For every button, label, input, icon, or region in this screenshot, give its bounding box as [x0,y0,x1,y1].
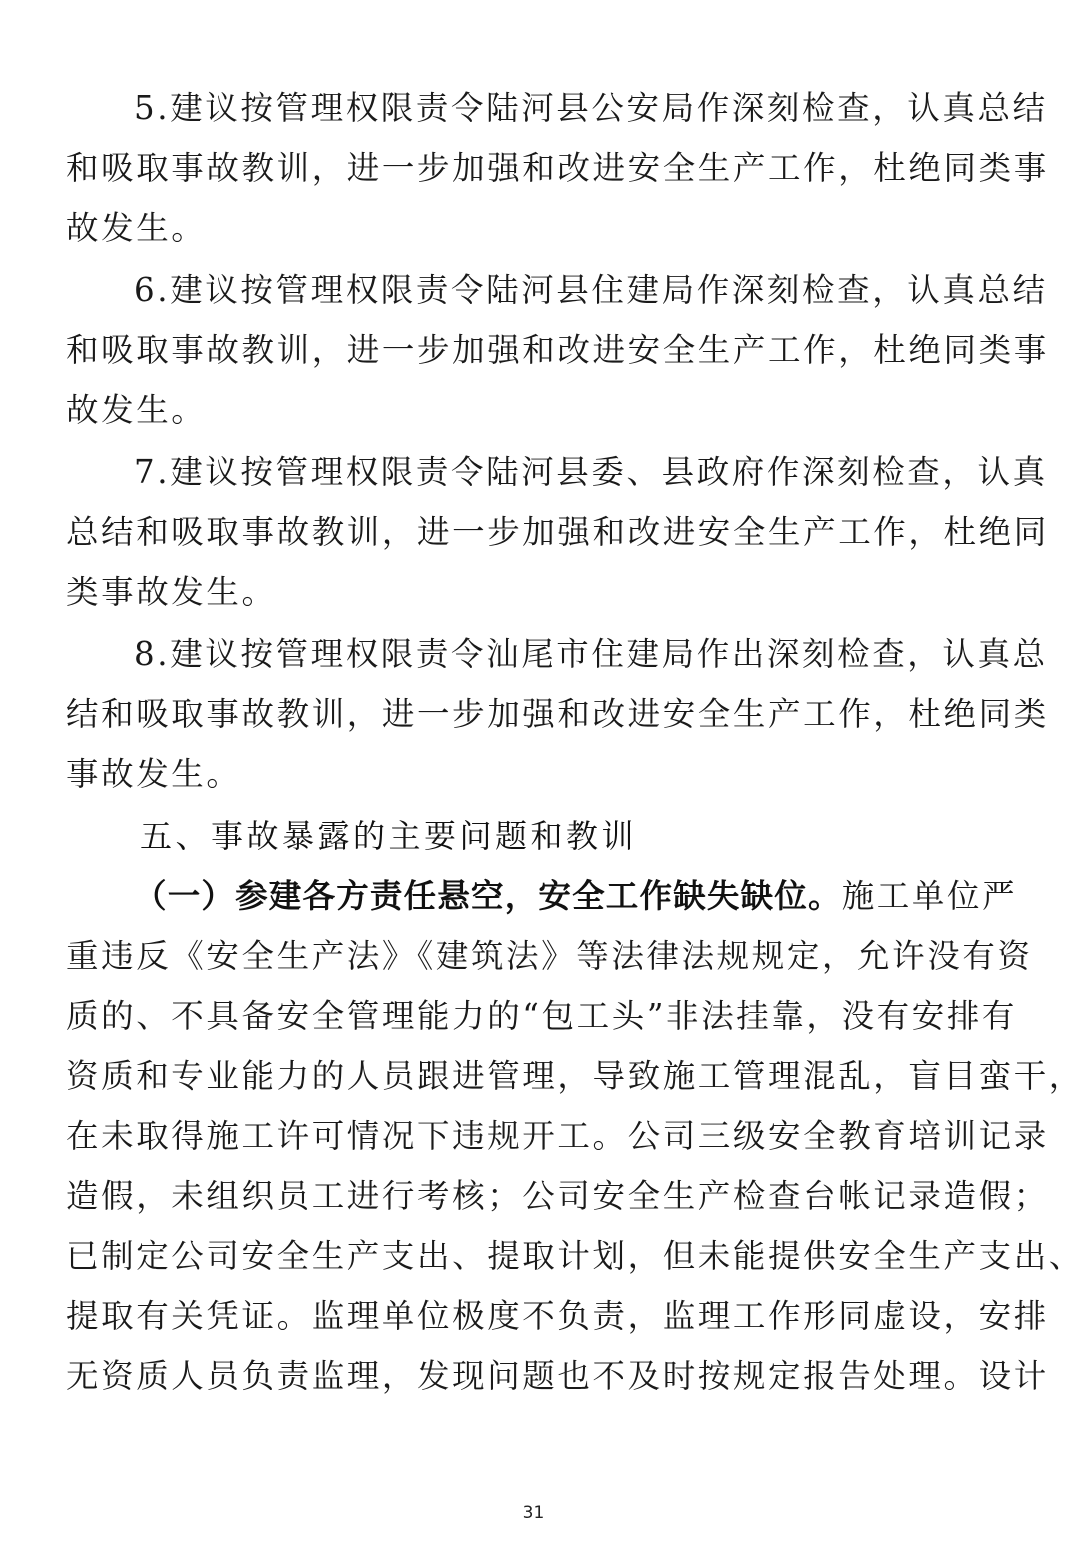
paragraph-item-7-line-1: 7.建议按管理权限责令陆河县委、县政府作深刻检查，认真 [134,450,1014,494]
subsection-line-9: 无资质人员负责监理，发现问题也不及时按规定报告处理。设计 [66,1354,1014,1398]
document-page: 5.建议按管理权限责令陆河县公安局作深刻检查，认真总结 和吸取事故教训，进一步加… [0,0,1067,1543]
subsection-line-8: 提取有关凭证。监理单位极度不负责，监理工作形同虚设，安排 [66,1294,1014,1338]
paragraph-item-5-line-1: 5.建议按管理权限责令陆河县公安局作深刻检查，认真总结 [134,86,1014,130]
subsection-line-4: 资质和专业能力的人员跟进管理，导致施工管理混乱，盲目蛮干， [66,1054,1014,1098]
subsection-first-line: （一）参建各方责任悬空，安全工作缺失缺位。施工单位严 [134,874,1014,918]
subsection-first-line-rest: 施工单位严 [842,877,1018,915]
subsection-line-2: 重违反《安全生产法》《建筑法》等法律法规规定，允许没有资 [66,934,1014,978]
paragraph-item-8-line-3: 事故发生。 [66,752,1014,796]
paragraph-item-7-line-2: 总结和吸取事故教训，进一步加强和改进安全生产工作，杜绝同 [66,510,1014,554]
subsection-line-7: 已制定公司安全生产支出、提取计划，但未能提供安全生产支出、 [66,1234,1014,1278]
subsection-line-3: 质的、不具备安全管理能力的“包工头”非法挂靠，没有安排有 [66,994,1014,1038]
paragraph-item-7-line-3: 类事故发生。 [66,570,1014,614]
paragraph-item-5-line-3: 故发生。 [66,206,1014,250]
section-heading: 五、事故暴露的主要问题和教训 [140,814,637,858]
subsection-bold-lead: （一）参建各方责任悬空，安全工作缺失缺位。 [134,877,842,915]
paragraph-item-8-line-2: 结和吸取事故教训，进一步加强和改进安全生产工作，杜绝同类 [66,692,1014,736]
paragraph-item-8-line-1: 8.建议按管理权限责令汕尾市住建局作出深刻检查，认真总 [134,632,1014,676]
page-number: 31 [0,1503,1067,1523]
paragraph-item-6-line-2: 和吸取事故教训，进一步加强和改进安全生产工作，杜绝同类事 [66,328,1014,372]
paragraph-item-6-line-3: 故发生。 [66,388,1014,432]
subsection-line-6: 造假，未组织员工进行考核；公司安全生产检查台帐记录造假； [66,1174,1014,1218]
paragraph-item-5-line-2: 和吸取事故教训，进一步加强和改进安全生产工作，杜绝同类事 [66,146,1014,190]
paragraph-item-6-line-1: 6.建议按管理权限责令陆河县住建局作深刻检查，认真总结 [134,268,1014,312]
subsection-line-5: 在未取得施工许可情况下违规开工。公司三级安全教育培训记录 [66,1114,1014,1158]
